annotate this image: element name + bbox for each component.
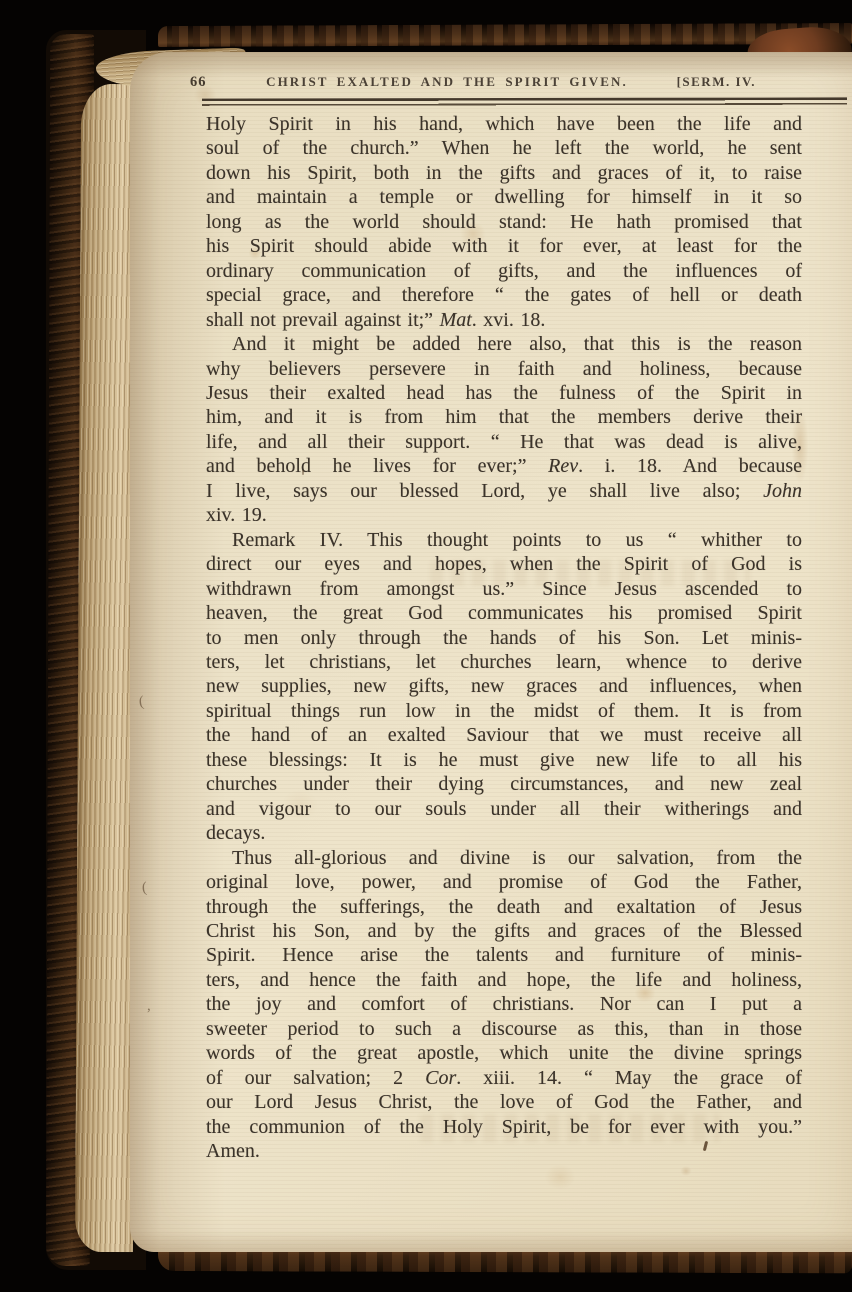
text-line: long as the world should stand: He hath … xyxy=(206,210,802,234)
text-line: Remark IV. This thought points to us “ w… xyxy=(206,528,802,552)
running-header-title: CHRIST EXALTED AND THE SPIRIT GIVEN. xyxy=(242,74,652,90)
text-line: special grace, and therefore “ the gates… xyxy=(206,283,802,307)
sermon-number: [SERM. IV. xyxy=(652,74,756,90)
text-line: ters, and hence the faith and hope, the … xyxy=(206,968,802,992)
text-line: decays. xyxy=(206,821,802,845)
text-line: him, and it is from him that the members… xyxy=(206,405,802,429)
text-line: why believers persevere in faith and hol… xyxy=(206,357,802,381)
text-line: Jesus their exalted head has the fulness… xyxy=(206,381,802,405)
text-line: down his Spirit, both in the gifts and g… xyxy=(206,161,802,185)
text-line: sweeter period to such a discourse as th… xyxy=(206,1017,802,1041)
margin-mark: , xyxy=(147,998,151,1015)
text-line: and vigour to our souls under all their … xyxy=(206,797,802,821)
text-line: ordinary communication of gifts, and the… xyxy=(206,259,802,283)
text-line: soul of the church.” When he left the wo… xyxy=(206,136,802,160)
text-line: and maintain a temple or dwelling for hi… xyxy=(206,185,802,209)
text-line: and behold he lives for ever;” Rev. i. 1… xyxy=(206,454,802,478)
leather-top-edge xyxy=(158,23,852,47)
text-line: Spirit. Hence arise the talents and furn… xyxy=(206,943,802,967)
ink-speck xyxy=(302,470,304,475)
text-line: xiv. 19. xyxy=(206,503,802,527)
paragraph: Remark IV. This thought points to us “ w… xyxy=(206,528,802,846)
text-line: through the sufferings, the death and ex… xyxy=(206,895,802,919)
text-line: I live, says our blessed Lord, ye shall … xyxy=(206,479,802,503)
text-line: Christ his Son, and by the gifts and gra… xyxy=(206,919,802,943)
text-line: to men only through the hands of his Son… xyxy=(206,626,802,650)
paragraph: And it might be added here also, that th… xyxy=(206,332,802,528)
text-line: life, and all their support. “ He that w… xyxy=(206,430,802,454)
text-line: shall not prevail against it;” Mat. xvi.… xyxy=(206,308,802,332)
text-line: spiritual things run low in the midst of… xyxy=(206,699,802,723)
text-line: And it might be added here also, that th… xyxy=(206,332,802,356)
paragraph: Holy Spirit in his hand, which have been… xyxy=(206,112,802,332)
text-line: Amen. xyxy=(206,1139,802,1163)
text-line: the hand of an exalted Saviour that we m… xyxy=(206,723,802,747)
page-body-text: Holy Spirit in his hand, which have been… xyxy=(206,112,802,1163)
text-line: Holy Spirit in his hand, which have been… xyxy=(206,112,802,136)
page-number: 66 xyxy=(190,74,242,91)
text-line: of our salvation; 2 Cor. xiii. 14. “ May… xyxy=(206,1066,802,1090)
text-line: withdrawn from amongst us.” Since Jesus … xyxy=(206,577,802,601)
text-line: words of the great apostle, which unite … xyxy=(206,1041,802,1065)
text-line: direct our eyes and hopes, when the Spir… xyxy=(206,552,802,576)
paragraph: Thus all-glorious and divine is our salv… xyxy=(206,846,802,1164)
text-line: original love, power, and promise of God… xyxy=(206,870,802,894)
text-line: ters, let christians, let churches learn… xyxy=(206,650,802,674)
text-line: heaven, the great God communicates his p… xyxy=(206,601,802,625)
text-line: churches under their dying circumstances… xyxy=(206,772,802,796)
text-line: Thus all-glorious and divine is our salv… xyxy=(206,846,802,870)
book-scan: 66 CHRIST EXALTED AND THE SPIRIT GIVEN. … xyxy=(0,0,852,1292)
text-line: the communion of the Holy Spirit, be for… xyxy=(206,1115,802,1139)
running-header: 66 CHRIST EXALTED AND THE SPIRIT GIVEN. … xyxy=(190,74,756,91)
text-line: new supplies, new gifts, new graces and … xyxy=(206,674,802,698)
text-line: the joy and comfort of christians. Nor c… xyxy=(206,992,802,1016)
text-line: these blessings: It is he must give new … xyxy=(206,748,802,772)
text-line: our Lord Jesus Christ, the love of God t… xyxy=(206,1090,802,1114)
text-line: his Spirit should abide with it for ever… xyxy=(206,234,802,258)
header-double-rule xyxy=(202,97,847,107)
